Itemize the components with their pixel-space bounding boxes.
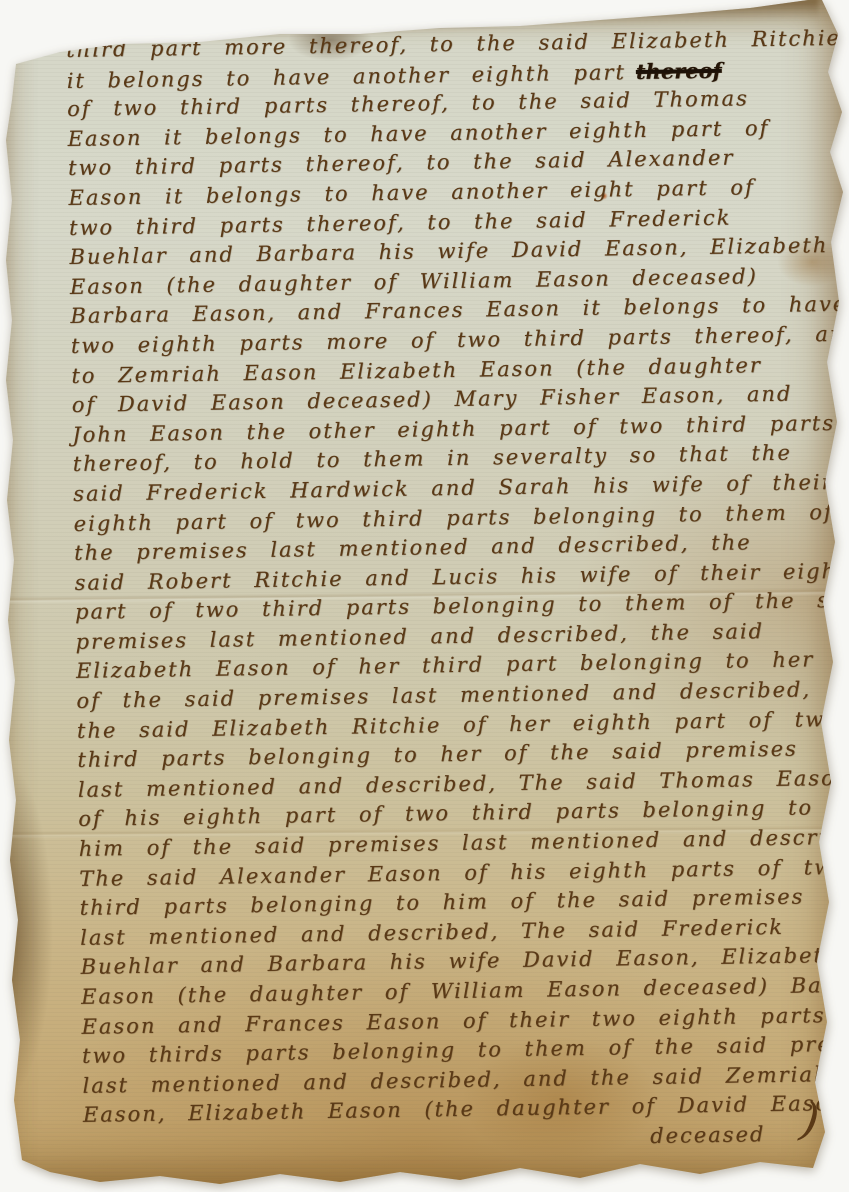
handwriting-text: third part more thereof, to the said Eli… [66, 24, 832, 1160]
manuscript-page: third part more thereof, to the said Eli… [0, 0, 849, 1192]
struck-out-word: thereof [636, 57, 722, 83]
paper-sheet: third part more thereof, to the said Eli… [0, 0, 849, 1192]
scanner-background: third part more thereof, to the said Eli… [0, 0, 849, 1192]
